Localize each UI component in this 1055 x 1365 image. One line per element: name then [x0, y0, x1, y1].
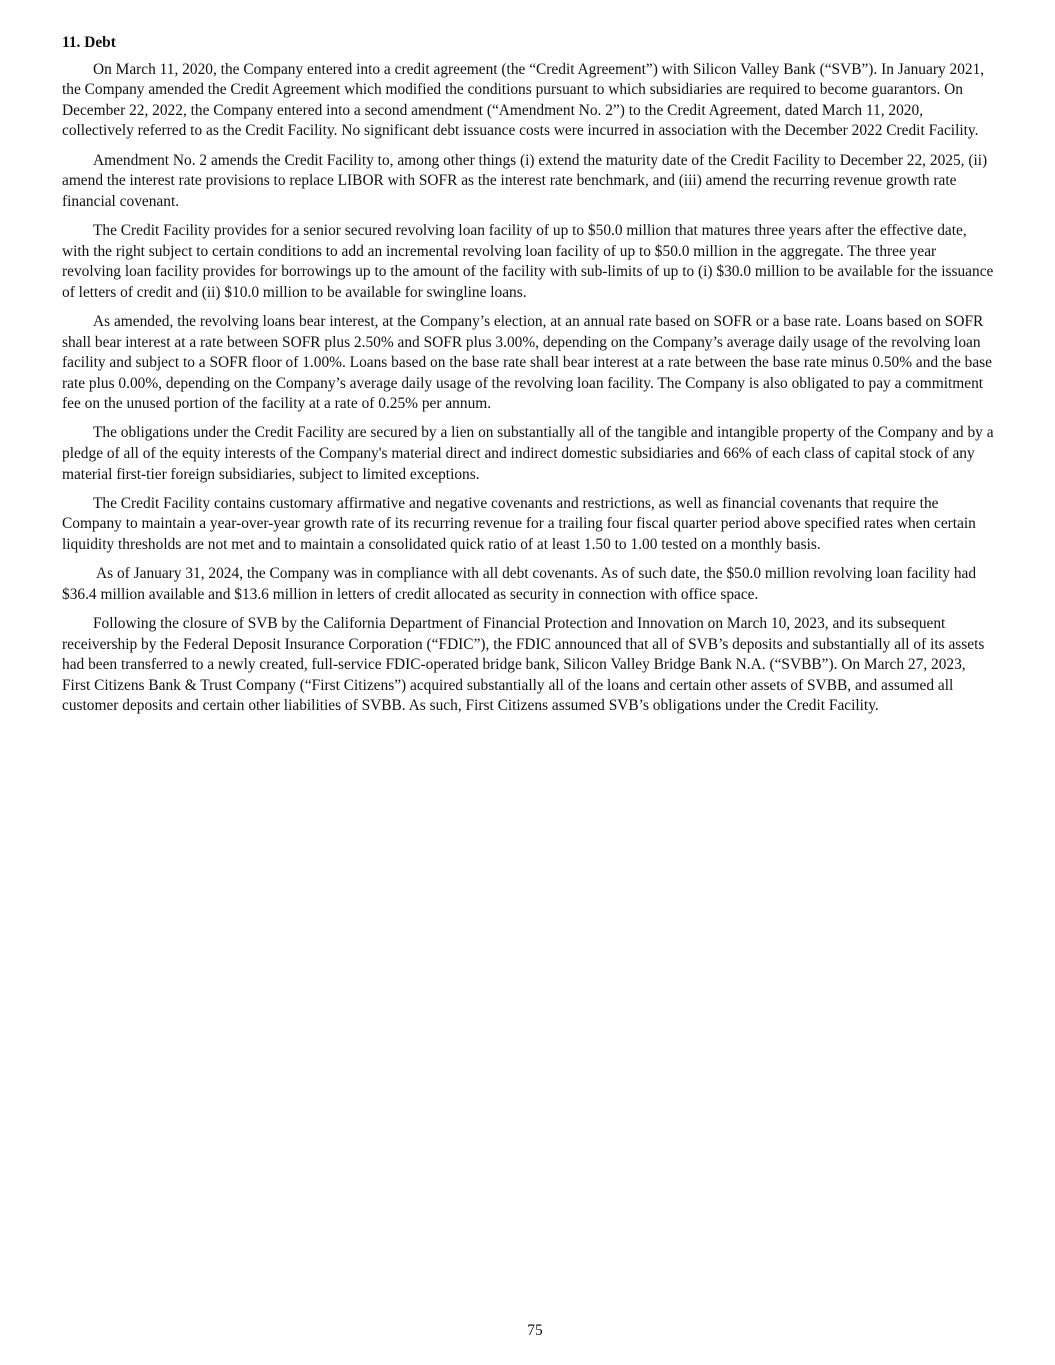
page-number: 75	[0, 1322, 1055, 1340]
paragraph-amendment-no-2: Amendment No. 2 amends the Credit Facili…	[62, 151, 997, 213]
paragraph-svb-closure: Following the closure of SVB by the Cali…	[62, 614, 997, 717]
paragraph-interest-rates: As amended, the revolving loans bear int…	[62, 312, 997, 415]
document-page: 11. Debt On March 11, 2020, the Company …	[62, 33, 997, 726]
paragraph-compliance-status: As of January 31, 2024, the Company was …	[62, 564, 997, 605]
section-heading: 11. Debt	[62, 33, 997, 54]
paragraph-credit-agreement: On March 11, 2020, the Company entered i…	[62, 60, 997, 142]
paragraph-security-lien: The obligations under the Credit Facilit…	[62, 423, 997, 485]
paragraph-facility-terms: The Credit Facility provides for a senio…	[62, 221, 997, 303]
paragraph-covenants: The Credit Facility contains customary a…	[62, 494, 997, 556]
